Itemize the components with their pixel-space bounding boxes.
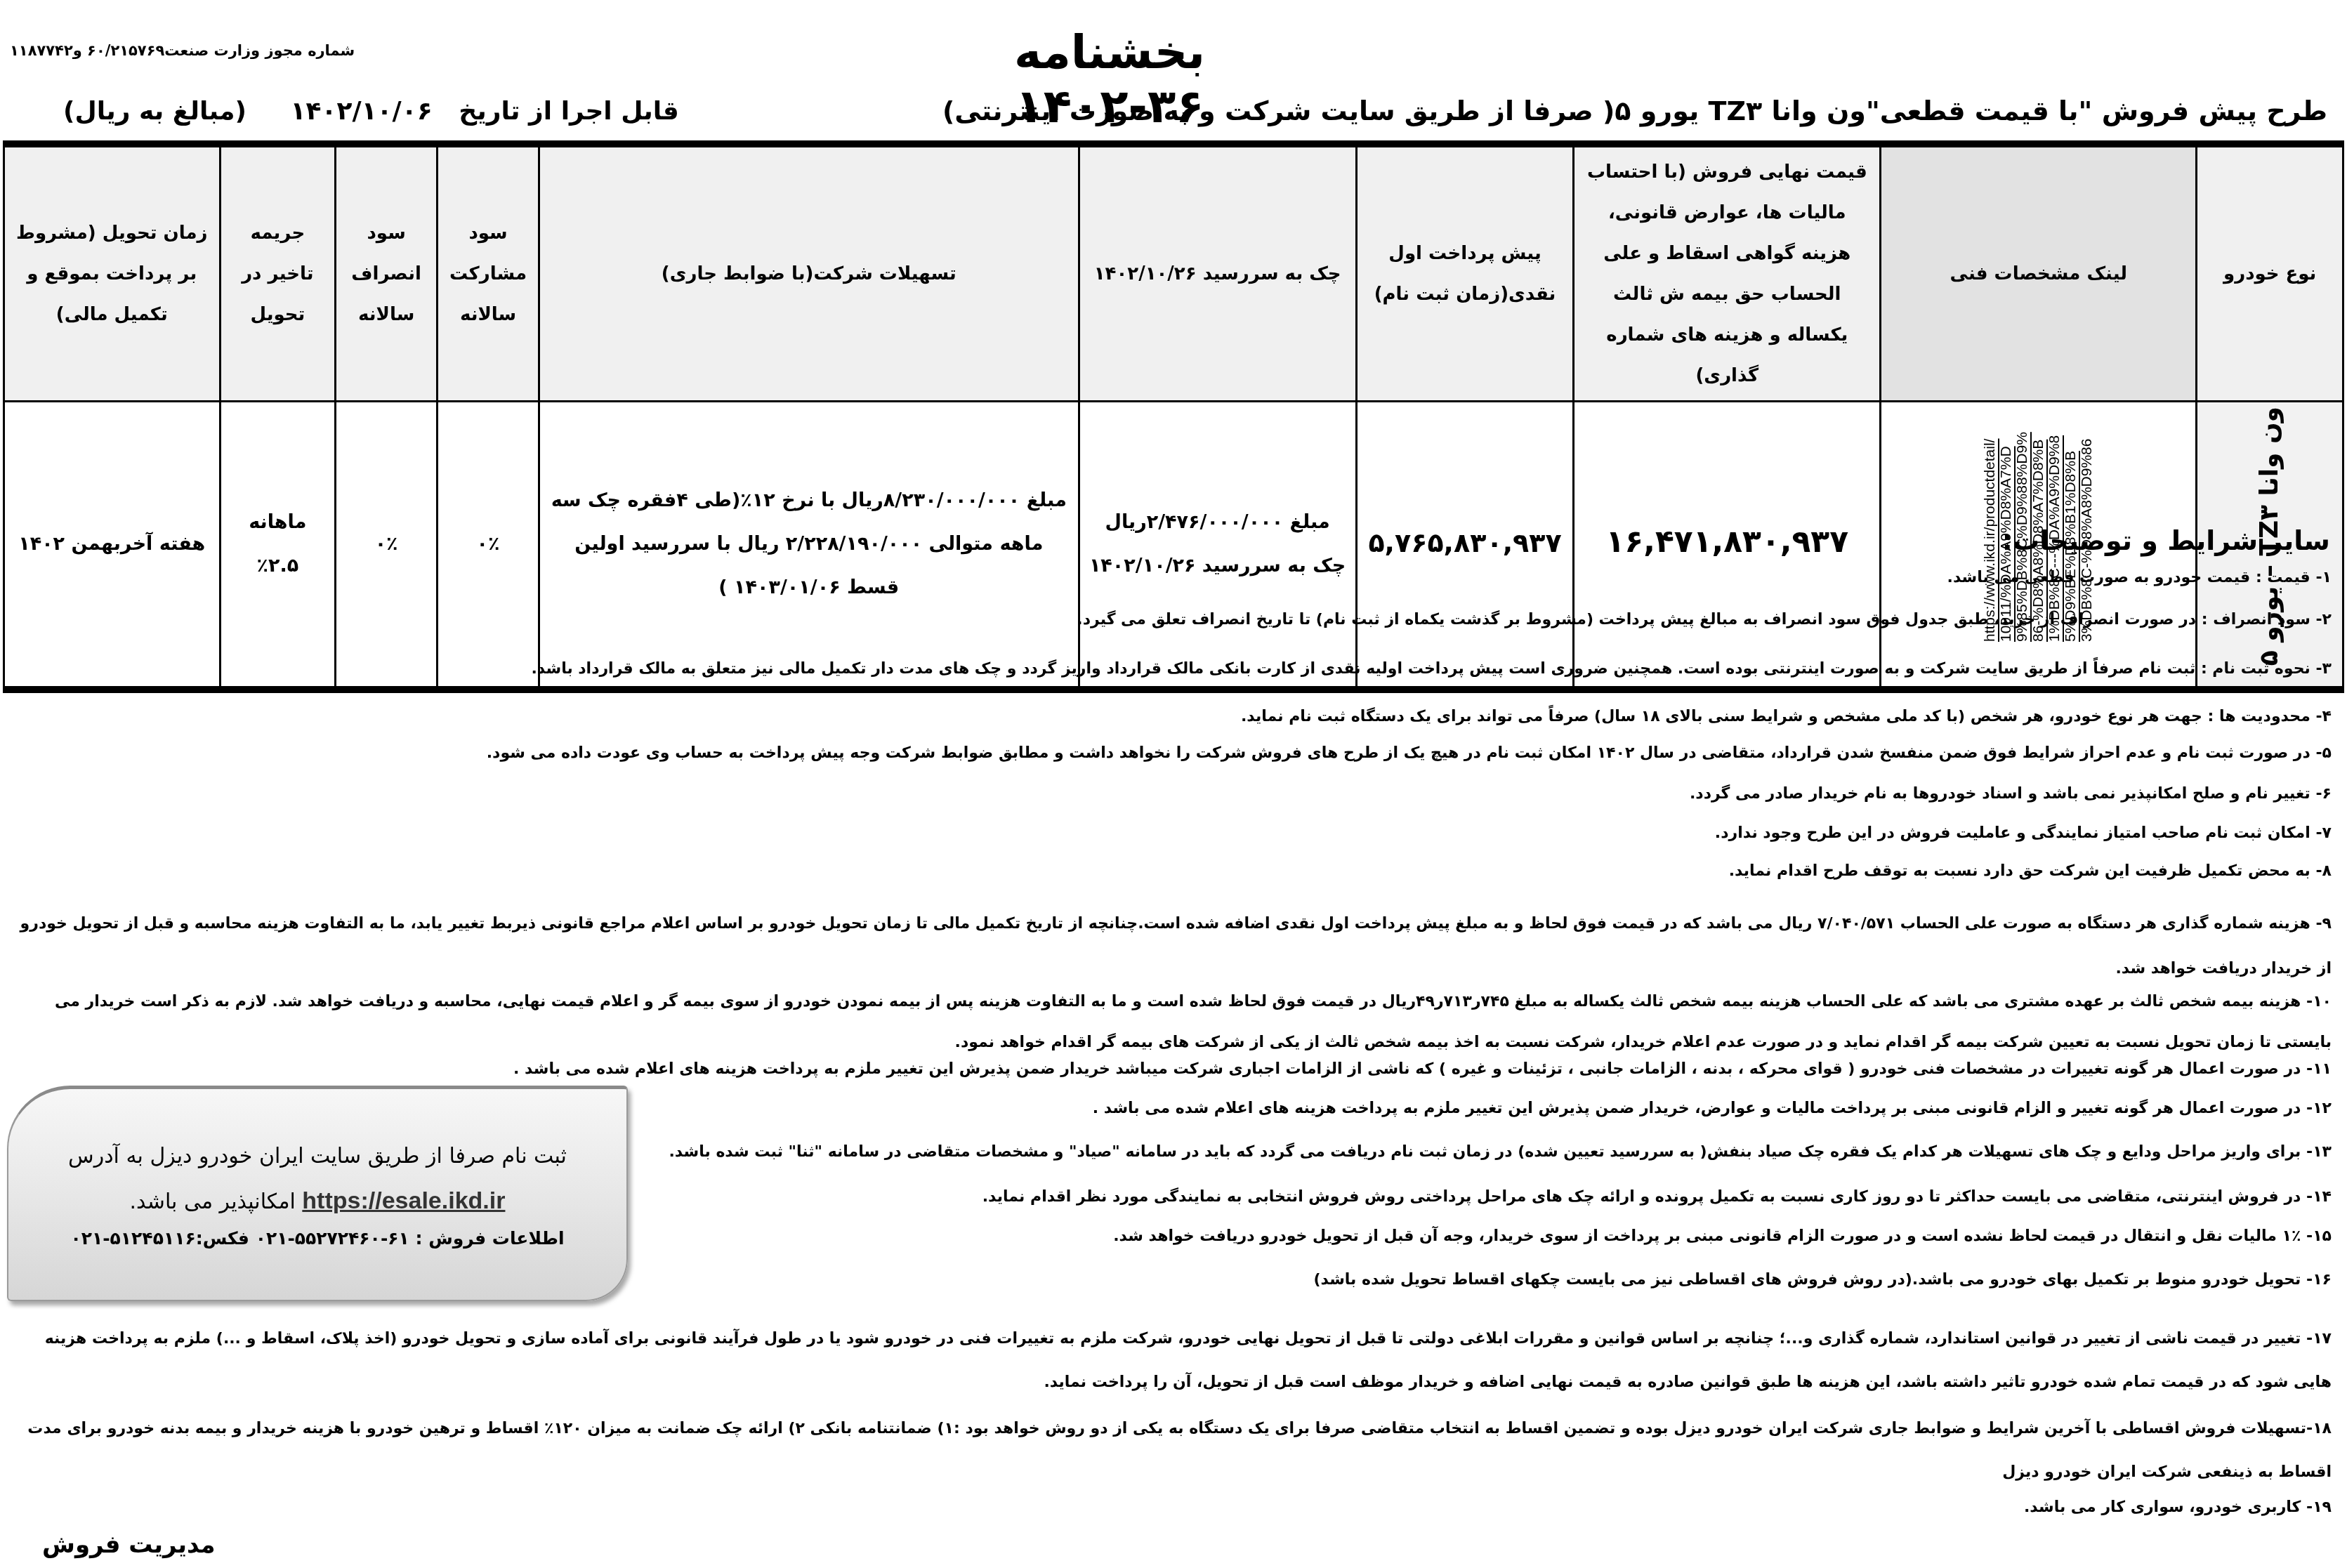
condition-item-5: ۵- در صورت ثبت نام و عدم احراز شرایط فوق… <box>487 743 2332 764</box>
effective-date-value: ۱۴۰۲/۱۰/۰۶ <box>291 97 433 126</box>
notice-suffix: امکانپذیر می باشد. <box>130 1190 296 1214</box>
condition-item-2: ۲- سود انصراف : در صورت انصراف از خرید، … <box>1077 610 2332 631</box>
first-prepayment-value: ۵,۷۶۵,۸۳۰,۹۳۷ <box>1368 527 1561 558</box>
col-header-car-type: نوع خودرو <box>2197 144 2343 402</box>
col-header-final-price: قیمت نهایی فروش (با احتساب مالیات ها، عو… <box>1574 144 1881 402</box>
col-header-facilities: تسهیلات شرکت(با ضوابط جاری) <box>539 144 1079 402</box>
col-header-check-due: چک به سررسید ۱۴۰۲/۱۰/۲۶ <box>1079 144 1356 402</box>
col-header-participation-profit: سود مشارکت سالانه <box>438 144 539 402</box>
condition-item-4: ۴- محدودیت ها : جهت هر نوع خودرو، هر شخص… <box>1241 706 2332 727</box>
notice-link-line: https://esale.ikd.ir امکانپذیر می باشد. <box>22 1187 612 1215</box>
cell-delay-penalty: ماهانه ۲.۵٪ <box>220 402 336 690</box>
cell-check-due: مبلغ ۲/۴۷۶/۰۰۰/۰۰۰ریال چک به سررسید ۱۴۰۲… <box>1079 402 1356 690</box>
condition-item-12: ۱۲- در صورت اعمال هر گونه تغییر و الزام … <box>1093 1098 2332 1119</box>
cell-final-price: ۱۶,۴۷۱,۸۳۰,۹۳۷ <box>1574 402 1881 690</box>
condition-item-15: ۱۵- ۱٪ مالیات نقل و انتقال در قیمت لحاظ … <box>1113 1226 2332 1247</box>
cell-first-prepayment: ۵,۷۶۵,۸۳۰,۹۳۷ <box>1356 402 1574 690</box>
condition-item-6: ۶- تغییر نام و صلح امکانپذیر نمی باشد و … <box>1690 784 2332 805</box>
esale-link[interactable]: https://esale.ikd.ir <box>302 1187 505 1214</box>
condition-item-19: ۱۹- کاربری خودرو، سواری کار می باشد. <box>2024 1497 2332 1518</box>
table-header-row: نوع خودرو لینک مشخصات فنی قیمت نهایی فرو… <box>4 144 2343 402</box>
condition-item-13: ۱۳- برای واریز مراحل ودایع و چک های تسهی… <box>669 1142 2332 1163</box>
sales-contact-info: اطلاعات فروش : ۶۱-۵۵۲۷۲۴۶۰-۰۲۱ فکس:۵۱۲۴۵… <box>22 1228 612 1249</box>
currency-note: (مبالغ به ریال) <box>63 97 246 126</box>
sales-management-signature: مدیریت فروش <box>42 1531 216 1559</box>
condition-item-10: ۱۰- هزینه بیمه شخص ثالث بر عهده مشتری می… <box>8 982 2332 1063</box>
registration-notice-box: ثبت نام صرفا از طریق سایت ایران خودرو دی… <box>7 1086 628 1301</box>
conditions-heading: سایر شرایط و توضیحات: <box>2002 525 2330 556</box>
condition-item-18: ۱۸-تسهیلات فروش اقساطی با آخرین شرایط و … <box>8 1407 2332 1494</box>
col-header-cancellation-profit: سود انصراف سالانه <box>336 144 438 402</box>
condition-item-14: ۱۴- در فروش اینترنتی، متقاضی می بایست حد… <box>982 1187 2332 1208</box>
condition-item-7: ۷- امکان ثبت نام صاحب امتیاز نمایندگی و … <box>1715 823 2332 844</box>
cell-participation-profit: ۰٪ <box>438 402 539 690</box>
plan-title: طرح پیش فروش "با قیمت قطعی"ون وانا TZ۳ ی… <box>942 95 2327 126</box>
effective-date-line: قابل اجرا از تاریخ ۱۴۰۲/۱۰/۰۶ (مبالغ به … <box>63 97 679 126</box>
final-price-value: ۱۶,۴۷۱,۸۳۰,۹۳۷ <box>1606 524 1849 560</box>
table-row: ون وانا TZ۳ – یورو ۵ https://www.ikd.ir/… <box>4 402 2343 690</box>
license-number: شماره مجوز وزارت صنعت۶۰/۲۱۵۷۶۹ و۱۱۸۷۷۴۲ <box>10 42 403 59</box>
condition-item-11: ۱۱- در صورت اعمال هر گونه تغییرات در مشخ… <box>513 1059 2332 1080</box>
condition-item-17: ۱۷- تغییر در قیمت ناشی از تغییر در قوانی… <box>8 1317 2332 1404</box>
cell-cancellation-profit: ۰٪ <box>336 402 438 690</box>
notice-text: ثبت نام صرفا از طریق سایت ایران خودرو دی… <box>22 1144 612 1168</box>
cell-facilities: مبلغ ۸/۲۳۰/۰۰۰/۰۰۰ریال با نرخ ۱۲٪(طی ۴فق… <box>539 402 1079 690</box>
check-due-amount: مبلغ ۲/۴۷۶/۰۰۰/۰۰۰ریال <box>1086 501 1350 544</box>
col-header-delay-penalty: جریمه تاخیر در تحویل <box>220 144 336 402</box>
col-header-delivery-time: زمان تحویل (مشروط بر پرداخت بموقع و تکمی… <box>4 144 221 402</box>
col-header-first-prepayment: پیش پرداخت اول نقدی(زمان ثبت نام) <box>1356 144 1574 402</box>
col-header-tech-link: لینک مشخصات فنی <box>1881 144 2197 402</box>
condition-item-3: ۳- نحوه ثبت نام : ثبت نام صرفاً از طریق … <box>531 659 2332 680</box>
condition-item-16: ۱۶- تحویل خودرو منوط بر تکمیل بهای خودرو… <box>1313 1270 2332 1291</box>
cell-delivery-time: هفته آخربهمن ۱۴۰۲ <box>4 402 221 690</box>
condition-item-8: ۸- به محض تکمیل ظرفیت این شرکت حق دارد ن… <box>1729 861 2332 882</box>
effective-date-label: قابل اجرا از تاریخ <box>459 97 679 126</box>
condition-item-1: ۱- قیمت : قیمت خودرو به صورت قطعی می باش… <box>1947 567 2332 588</box>
condition-item-9: ۹- هزینه شماره گذاری هر دستگاه به صورت ع… <box>8 902 2332 991</box>
check-due-date: چک به سررسید ۱۴۰۲/۱۰/۲۶ <box>1086 544 1350 588</box>
